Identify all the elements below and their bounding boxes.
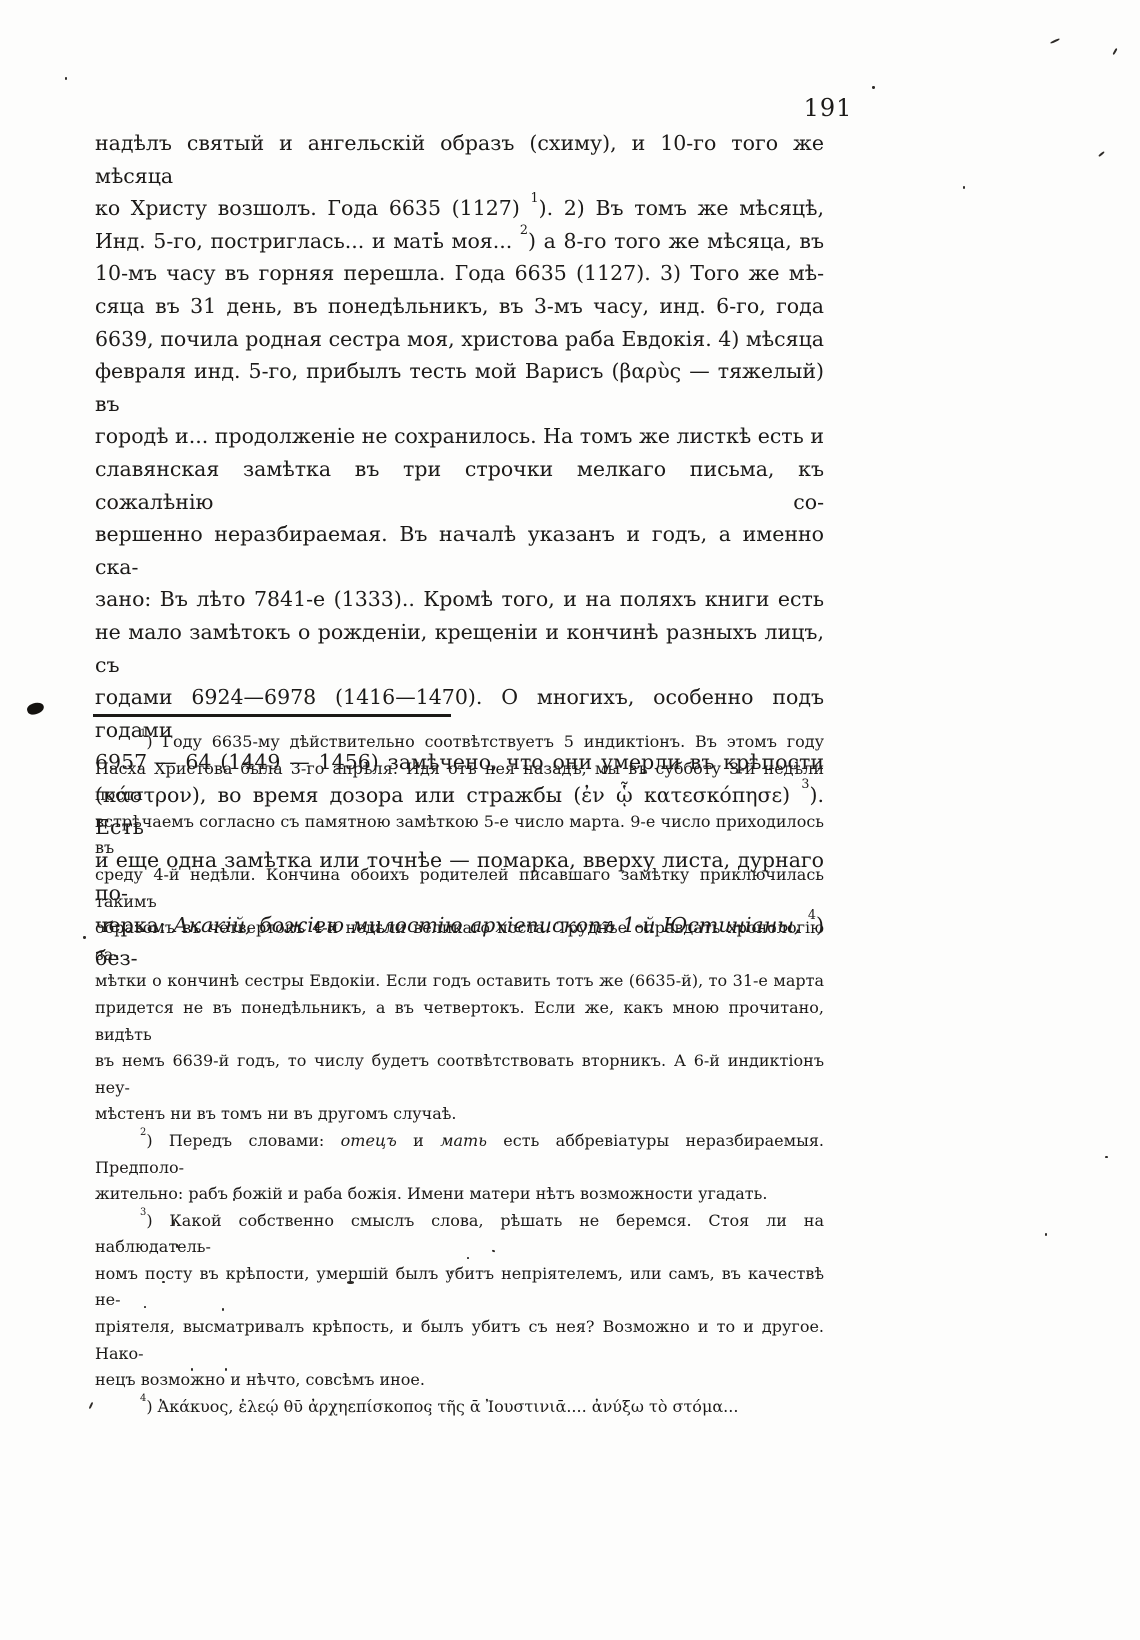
text-line: придется не въ понедѣльникъ, а въ четвер… (95, 995, 824, 1048)
footnote-separator (93, 714, 451, 717)
scan-speck (872, 86, 875, 89)
text-line: сяца въ 31 день, въ понедѣльникъ, въ 3-м… (95, 290, 824, 323)
text-line: 4) Ἀκάκυος, ἐλεῴ θῡ ἀρχηεπίσκοπος τῆς ᾱ … (95, 1394, 824, 1421)
scanned-book-page: 191 надѣлъ святый и ангельскій образъ (с… (0, 0, 1140, 1640)
text-line: 3) Какой собственно смыслъ слова, рѣшать… (95, 1208, 824, 1261)
scan-speck (225, 1368, 227, 1371)
text-line: жительно: рабъ божій и раба божія. Имени… (95, 1181, 824, 1208)
text-line: февраля инд. 5-го, прибылъ тесть мой Вар… (95, 355, 824, 420)
text-line: встрѣчаемъ согласно съ памятною замѣткою… (95, 809, 824, 862)
scan-speck (467, 1257, 469, 1259)
scan-speck (89, 1402, 94, 1409)
text-line: вершенно неразбираемая. Въ началѣ указан… (95, 518, 824, 583)
text-line: среду 4-й недѣли. Кончина обоихъ родител… (95, 862, 824, 915)
text-line: надѣлъ святый и ангельскій образъ (схиму… (95, 127, 824, 192)
text-line: нецъ возможно и нѣчто, совсѣмъ иное. (95, 1367, 824, 1394)
text-line: ко Христу возшолъ. Года 6635 (1127) 1). … (95, 192, 824, 225)
scan-speck (176, 1244, 178, 1248)
text-line: образомъ въ четвертокъ 4-й недѣли велика… (95, 915, 824, 968)
text-line: зано: Въ лѣто 7841-е (1333).. Кромѣ того… (95, 583, 824, 616)
text-line: Инд. 5-го, постриглась... и мать моя... … (95, 225, 824, 258)
text-line: мѣстенъ ни въ томъ ни въ другомъ случаѣ. (95, 1101, 824, 1128)
text-line: Пасха Христова была 3-го апрѣля. Идя отъ… (95, 756, 824, 809)
scan-speck (222, 1308, 224, 1311)
text-line: 6639, почила родная сестра моя, христова… (95, 323, 824, 356)
text-line: 2) Передъ словами: отецъ и мать есть абб… (95, 1128, 824, 1181)
scan-speck (1112, 48, 1117, 55)
scan-speck (450, 1271, 452, 1274)
text-line: 10-мъ часу въ горняя перешла. Года 6635 … (95, 257, 824, 290)
text-line: 1) Году 6635-му дѣйствительно соотвѣтств… (95, 729, 824, 756)
scan-speck (65, 77, 67, 80)
scan-speck (1098, 151, 1105, 157)
scan-speck (162, 1281, 165, 1283)
scan-speck (1045, 1233, 1047, 1236)
footnotes-block: 1) Году 6635-му дѣйствительно соотвѣтств… (95, 729, 824, 1420)
scan-speck (83, 936, 86, 939)
scan-speck (173, 1221, 175, 1225)
text-line: городѣ и... продолженіе не сохранилось. … (95, 420, 824, 453)
scan-speck (1050, 38, 1060, 44)
scan-speck (429, 1408, 431, 1411)
scan-speck (144, 1306, 146, 1308)
scan-speck (434, 232, 438, 235)
text-line: въ немъ 6639-й годъ, то числу будетъ соо… (95, 1048, 824, 1101)
ink-blot-artifact (26, 701, 46, 717)
scan-speck (1105, 1156, 1108, 1158)
scan-speck (233, 1198, 235, 1201)
text-line: пріятеля, высматривалъ крѣпость, и былъ … (95, 1314, 824, 1367)
text-line: славянская замѣтка въ три строчки мелкаг… (95, 453, 824, 518)
scan-speck (963, 186, 965, 189)
text-line: не мало замѣтокъ о рожденіи, крещеніи и … (95, 616, 824, 681)
scan-speck (347, 1281, 354, 1284)
text-line: номъ посту въ крѣпости, умершій былъ уби… (95, 1261, 824, 1314)
page-number: 191 (802, 94, 854, 122)
text-line: мѣтки о кончинѣ сестры Евдокіи. Если год… (95, 968, 824, 995)
scan-speck (191, 1368, 193, 1371)
